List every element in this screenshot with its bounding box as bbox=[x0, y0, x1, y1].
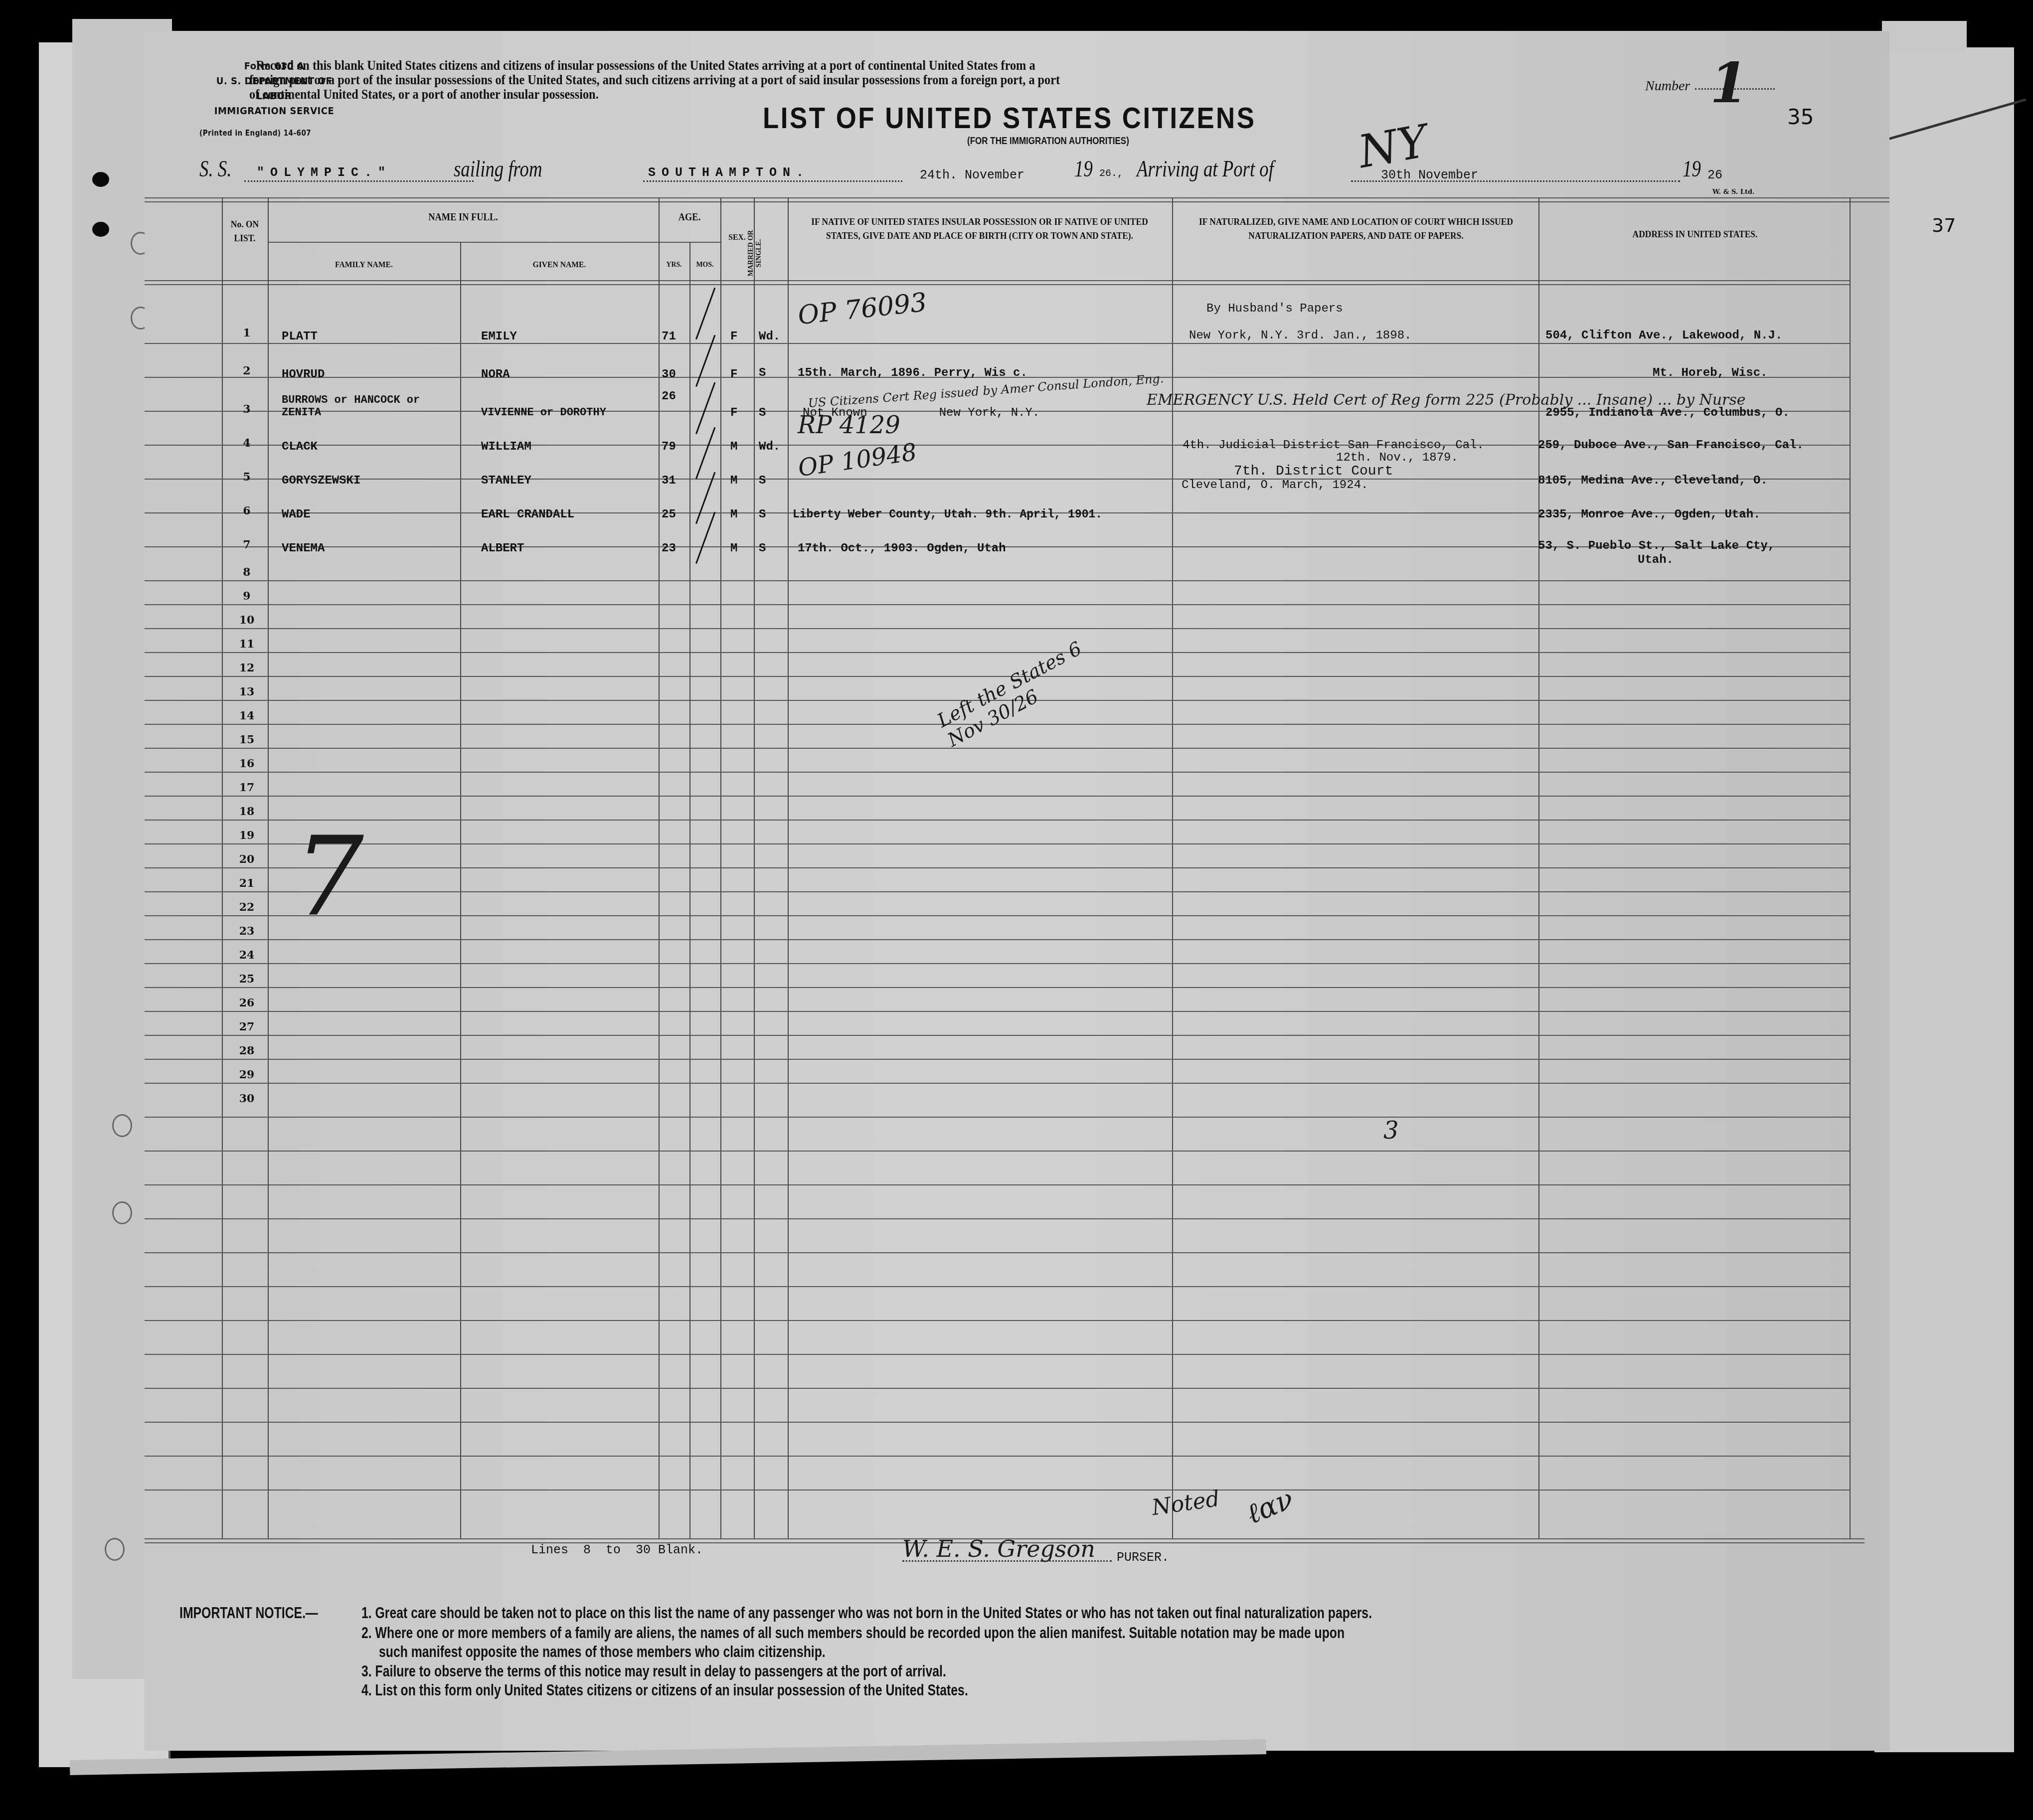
sex: F bbox=[730, 406, 737, 420]
family-name: GORYSZEWSKI bbox=[282, 474, 360, 488]
col-header-naturalized: IF NATURALIZED, GIVE NAME AND LOCATION O… bbox=[1193, 215, 1519, 243]
col-header-given-name: GIVEN NAME. bbox=[468, 258, 651, 272]
naturalization-court: New York, N.Y. 3rd. Jan., 1898. bbox=[1189, 329, 1411, 342]
manifest-sheet: Form 630 A U. S. DEPARTMENT OF LABOR IMM… bbox=[145, 31, 1889, 1751]
page-subtitle: (FOR THE IMMIGRATION AUTHORITIES) bbox=[967, 136, 1129, 147]
page-number: 35 bbox=[1787, 105, 1814, 129]
given-name: VIVIENNE or DOROTHY bbox=[481, 406, 606, 419]
col-header-no: No. ON LIST. bbox=[226, 218, 263, 246]
address: 2955, Indianola Ave., Columbus, O. bbox=[1545, 406, 1790, 420]
binding-hole bbox=[92, 222, 109, 237]
handwritten-circled-number: 3 bbox=[1383, 1117, 1399, 1145]
instructions: Record on this blank United States citiz… bbox=[249, 58, 1775, 102]
family-name: PLATT bbox=[282, 330, 318, 343]
row-number: 10 bbox=[232, 614, 262, 627]
sex: F bbox=[730, 368, 737, 381]
age: 30 bbox=[662, 368, 676, 381]
service: IMMIGRATION SERVICE bbox=[199, 103, 349, 118]
notice-item-2: 2. Where one or more members of a family… bbox=[361, 1624, 1345, 1642]
family-name: WADE bbox=[282, 508, 311, 521]
sex: M bbox=[730, 542, 737, 555]
col-rule bbox=[689, 242, 690, 1538]
family-name: HOVRUD bbox=[282, 368, 325, 381]
row-number: 29 bbox=[232, 1068, 262, 1081]
row-number: 25 bbox=[232, 973, 262, 986]
marital-status: S bbox=[759, 366, 766, 380]
row-number: 24 bbox=[232, 949, 262, 962]
row-number: 22 bbox=[232, 901, 262, 914]
purser-label: PURSER. bbox=[1117, 1550, 1169, 1565]
col-header-family-name: FAMILY NAME. bbox=[275, 258, 452, 272]
sailing-year: 26., bbox=[1099, 168, 1123, 179]
address: 53, S. Pueblo St., Salt Lake Cty, bbox=[1538, 539, 1775, 553]
notice-item-3: 3. Failure to observe the terms of this … bbox=[361, 1662, 946, 1680]
address: Mt. Horeb, Wisc. bbox=[1653, 366, 1767, 380]
col-header-yrs: YRS. bbox=[660, 258, 688, 272]
given-name: EARL CRANDALL bbox=[481, 508, 574, 521]
row-number: 30 bbox=[232, 1092, 262, 1105]
birth-date-place: 17th. Oct., 1903. Ogden, Utah bbox=[798, 542, 1006, 555]
col-header-name-in-full: NAME IN FULL. bbox=[283, 210, 643, 224]
naturalization-court: 4th. Judicial District San Francisco, Ca… bbox=[1183, 439, 1484, 452]
row-number: 11 bbox=[232, 638, 262, 651]
row-number: 2 bbox=[232, 364, 262, 377]
row-number: 8 bbox=[232, 566, 262, 579]
family-name: VENEMA bbox=[282, 542, 325, 555]
family-name: BURROWS or HANCOCK or bbox=[282, 394, 420, 406]
marital-status: Wd. bbox=[759, 440, 780, 454]
age: 26 bbox=[662, 390, 676, 403]
address: 2335, Monroe Ave., Ogden, Utah. bbox=[1538, 508, 1760, 521]
row-number: 1 bbox=[232, 327, 262, 339]
col-header-mos: MOS. bbox=[690, 258, 719, 272]
sex: M bbox=[730, 508, 737, 521]
row-number: 6 bbox=[232, 504, 262, 517]
sex: F bbox=[730, 330, 737, 343]
port-from: SOUTHAMPTON. bbox=[648, 165, 810, 180]
birth-date-place: 15th. March, 1896. Perry, Wis c. bbox=[798, 366, 1027, 380]
marital-status: S bbox=[759, 474, 766, 488]
row-number: 18 bbox=[232, 805, 262, 818]
row-number: 19 bbox=[232, 829, 262, 842]
binding-hole bbox=[92, 172, 109, 187]
lines-blank-note: Lines 8 to 30 Blank. bbox=[531, 1543, 703, 1557]
page-title: LIST OF UNITED STATES CITIZENS bbox=[763, 101, 1256, 135]
col-header-age: AGE. bbox=[661, 210, 718, 224]
notice-item-4: 4. List on this form only United States … bbox=[361, 1681, 968, 1699]
ship-name: "OLYMPIC." bbox=[257, 165, 391, 180]
row-number: 21 bbox=[232, 877, 262, 890]
given-name: EMILY bbox=[481, 330, 517, 343]
port-from-field bbox=[643, 180, 902, 182]
marital-status: Wd. bbox=[759, 330, 780, 343]
row-number: 27 bbox=[232, 1020, 262, 1033]
given-name: ALBERT bbox=[481, 542, 524, 555]
birth-note: RP 4129 bbox=[798, 411, 900, 439]
underlying-page-right-top bbox=[1882, 21, 1967, 51]
name-age-subrule bbox=[268, 242, 720, 243]
marital-status: S bbox=[759, 508, 766, 521]
address: 504, Clifton Ave., Lakewood, N.J. bbox=[1545, 329, 1782, 342]
col-rule bbox=[1850, 197, 1851, 1538]
naturalization-note: By Husband's Papers bbox=[1206, 302, 1343, 316]
arrival-year-prefix: 19 bbox=[1683, 156, 1701, 182]
row-number: 20 bbox=[232, 853, 262, 866]
naturalization-date: 12th. Nov., 1879. bbox=[1336, 451, 1458, 465]
adjacent-page-number: 37 bbox=[1932, 214, 1956, 236]
age: 23 bbox=[662, 542, 676, 555]
address: 259, Duboce Ave., San Francisco, Cal. bbox=[1538, 439, 1804, 452]
ship-field bbox=[244, 180, 474, 182]
arrival-date: 30th November bbox=[1381, 168, 1478, 182]
row-number: 26 bbox=[232, 996, 262, 1009]
row-number: 5 bbox=[232, 471, 262, 484]
row-number: 14 bbox=[232, 709, 262, 722]
marital-status: S bbox=[759, 542, 766, 555]
row-number: 15 bbox=[232, 733, 262, 746]
family-name: CLACK bbox=[282, 440, 318, 454]
naturalization-court: 7th. District Court bbox=[1234, 464, 1393, 479]
col-header-married-or-single: MARRIED OR SINGLE. bbox=[747, 216, 763, 291]
col-rule bbox=[460, 242, 461, 1538]
age: 79 bbox=[662, 440, 676, 454]
instruction-line: Record on this blank United States citiz… bbox=[249, 58, 1775, 73]
marital-status: S bbox=[759, 406, 766, 420]
header-bottom-rule bbox=[145, 280, 1850, 285]
instruction-line: of continental United States, or a port … bbox=[249, 87, 1775, 102]
punch-hole bbox=[105, 1538, 125, 1561]
printed-note: (Printed in England) 14-607 bbox=[199, 126, 311, 141]
row-number: 4 bbox=[232, 437, 262, 450]
purser-signature: W. E. S. Gregson bbox=[902, 1535, 1095, 1562]
row-number: 3 bbox=[232, 403, 262, 416]
arrival-year: 26 bbox=[1707, 168, 1722, 182]
number-label: Number bbox=[1645, 78, 1690, 94]
col-header-birth: IF NATIVE OF UNITED STATES INSULAR POSSE… bbox=[808, 215, 1152, 243]
row-number: 13 bbox=[232, 685, 262, 698]
arriving-label: Arriving at Port of bbox=[1137, 156, 1274, 182]
punch-hole bbox=[112, 1114, 132, 1137]
given-name: WILLIAM bbox=[481, 440, 531, 454]
naturalization-date: Cleveland, O. March, 1924. bbox=[1182, 479, 1368, 492]
row-number: 7 bbox=[232, 538, 262, 551]
punch-hole bbox=[112, 1201, 132, 1224]
age: 31 bbox=[662, 474, 676, 488]
sex: M bbox=[730, 440, 737, 454]
purser-signature-line bbox=[902, 1560, 1112, 1562]
birth-date-place: Liberty Weber County, Utah. 9th. April, … bbox=[793, 508, 1102, 521]
ss-label: S. S. bbox=[199, 156, 231, 182]
notice-heading: IMPORTANT NOTICE.— bbox=[179, 1604, 318, 1622]
row-number: 16 bbox=[232, 757, 262, 770]
sailing-date: 24th. November bbox=[920, 168, 1024, 182]
table-top-rule bbox=[145, 197, 1889, 202]
manifest-number: 1 bbox=[1710, 51, 1748, 115]
row-number: 9 bbox=[232, 590, 262, 603]
underlying-page-right bbox=[1874, 47, 2014, 1752]
sailing-year-prefix: 19 bbox=[1074, 156, 1093, 182]
sailing-label: sailing from bbox=[454, 156, 542, 182]
given-name: STANLEY bbox=[481, 474, 531, 488]
notice-item-1: 1. Great care should be taken not to pla… bbox=[361, 1604, 1372, 1622]
age: 71 bbox=[662, 330, 676, 343]
col-header-address: ADDRESS IN UNITED STATES. bbox=[1553, 228, 1837, 242]
age: 25 bbox=[662, 508, 676, 521]
address: 8105, Medina Ave., Cleveland, O. bbox=[1538, 474, 1768, 488]
row-number: 28 bbox=[232, 1044, 262, 1057]
notice-item-2-cont: such manifest opposite the names of thos… bbox=[379, 1643, 826, 1661]
family-name-alt: ZENITA bbox=[282, 406, 321, 419]
sex: M bbox=[730, 474, 737, 488]
given-name: NORA bbox=[481, 368, 510, 381]
handwritten-tally: 7 bbox=[294, 813, 364, 940]
row-number: 12 bbox=[232, 662, 262, 674]
printer-mark: W. & S. Ltd. bbox=[1712, 188, 1755, 196]
row-number: 17 bbox=[232, 781, 262, 794]
row-number: 23 bbox=[232, 925, 262, 938]
instruction-line: foreign port or a port of the insular po… bbox=[249, 73, 1775, 87]
address-line-2: Utah. bbox=[1638, 553, 1674, 567]
